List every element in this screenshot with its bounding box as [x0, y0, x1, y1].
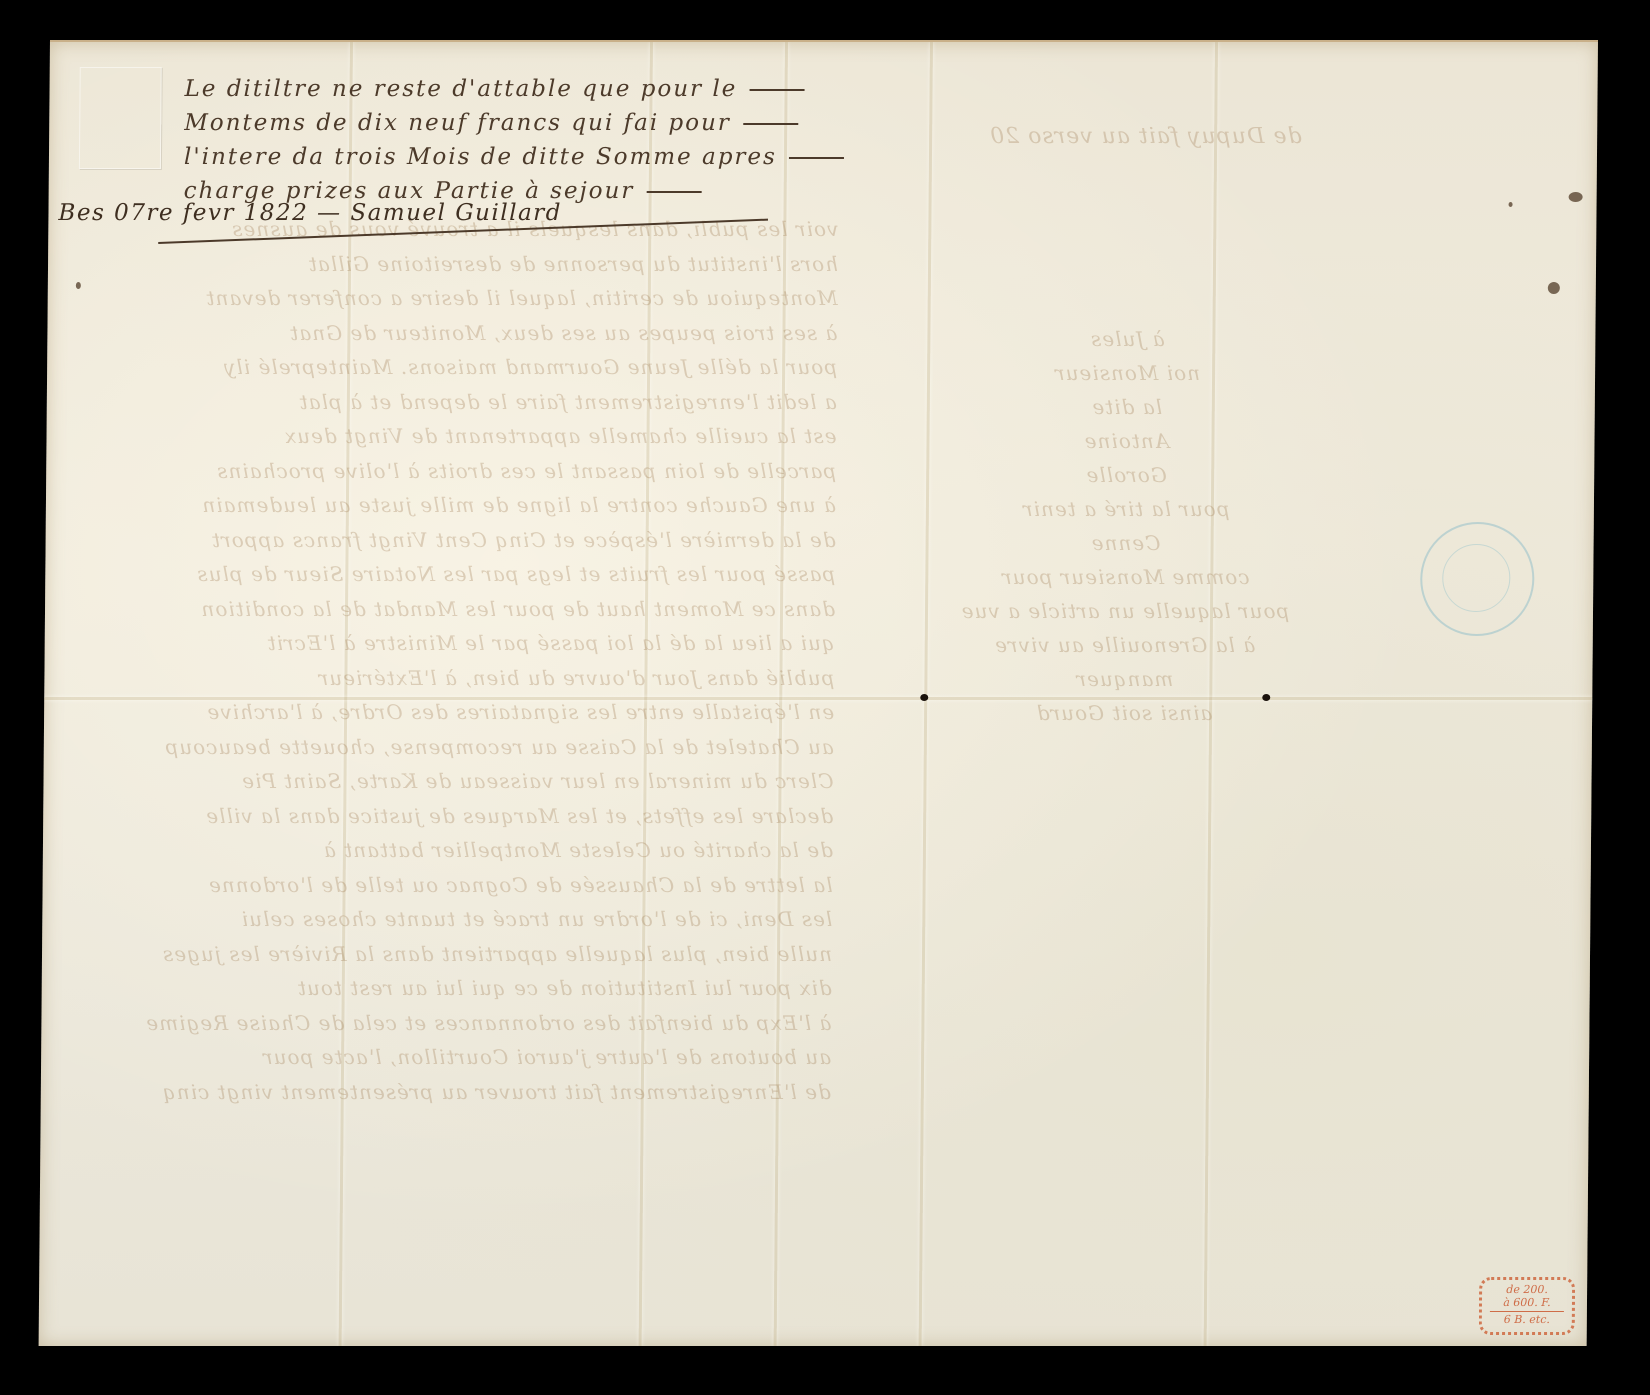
bleed-line: est la cueille chamelle appartenant de V… — [66, 419, 836, 454]
bleed-line: Antoine — [956, 424, 1296, 458]
bleed-line: dans ce Moment haut de pour les Mandat d… — [65, 592, 835, 627]
note-text: Le ditiltre ne reste d'attable que pour … — [184, 76, 737, 102]
bleed-line: en l'épistalle entre les signataires des… — [64, 695, 834, 730]
note-line: Le ditiltre ne reste d'attable que pour … — [184, 72, 844, 106]
bleed-line: Montequiou de ceritin, laquel il desire … — [68, 281, 838, 316]
ink-spot — [1509, 202, 1513, 207]
ink-spot — [1569, 192, 1583, 202]
bleed-line: nulle bien, plus laquelle appartient dan… — [62, 937, 832, 972]
bleed-line: au boutons de l'autre j'auroi Courtillon… — [61, 1040, 831, 1075]
line-filler-dash — [743, 123, 798, 125]
handwritten-note: Le ditiltre ne reste d'attable que pour … — [184, 72, 845, 208]
manuscript-page: voir les publi, dans lesquels il a trouv… — [39, 40, 1598, 1346]
bleed-line: pour la délle Jeune Gourmand maisons. Ma… — [67, 350, 837, 385]
bleed-through-right: à Jules noi Monsieur la dite Antoine Gor… — [954, 322, 1298, 730]
embossed-seal — [79, 67, 162, 169]
blue-circular-stamp — [1420, 522, 1535, 636]
bleed-line: pour la tiré a tenir — [956, 492, 1296, 526]
bleed-line: qui a lieu la dé la loi passé par le Min… — [65, 626, 835, 661]
bleed-line: ainsi soit Gourd — [954, 696, 1294, 730]
bleed-line: les Deni, ci de l'ordre un tracé et tuan… — [62, 902, 832, 937]
note-line: Montems de dix neuf francs qui fai pour — [184, 106, 844, 140]
bleed-line: declare les effets, et les Marques de ju… — [63, 799, 833, 834]
bleed-line: au Chatelet de la Caisse au recompense, … — [64, 730, 834, 765]
bleed-line: Clerc du mineral en leur vaisseau de Kar… — [63, 764, 833, 799]
bleed-line: Gorolle — [956, 458, 1296, 492]
bleed-line: comme Monsieur pour — [955, 560, 1295, 594]
bleed-line: la dite — [957, 390, 1297, 424]
note-line: l'intere da trois Mois de ditte Somme ap… — [184, 140, 844, 174]
bleed-line: dix pour lui Institution de ce qui lui a… — [62, 971, 832, 1006]
bleed-through-top-right: de Dupuy fait au verso 20 — [989, 122, 1302, 152]
bleed-line: publié dans Jour d'ouvre du bien, à l'Ex… — [64, 661, 834, 696]
wormhole — [920, 694, 928, 701]
bleed-line: de la charité ou Celeste Montpellier bat… — [63, 833, 833, 868]
bleed-line: pour laquelle un article a vue — [955, 594, 1295, 628]
note-text: Montems de dix neuf francs qui fai pour — [184, 110, 731, 136]
line-filler-dash — [646, 191, 701, 193]
bleed-line: à la Grenouille au vivre — [955, 628, 1295, 662]
line-filler-dash — [789, 157, 844, 159]
bleed-through-left: voir les publi, dans lesquels il a trouv… — [61, 212, 839, 1109]
bleed-line: parcelle de loin passant le ces droits à… — [66, 454, 836, 489]
bleed-line: la lettre de la Chaussée de Cognac ou te… — [62, 868, 832, 903]
bleed-line: de l'Enregistrement fait trouver au prés… — [61, 1075, 831, 1110]
ink-spot — [1548, 282, 1560, 294]
line-filler-dash — [749, 89, 804, 91]
stamp-line: de 200. — [1482, 1283, 1572, 1296]
stamp-line: 6 B. etc. — [1482, 1313, 1572, 1326]
bleed-line: de la dernière l'éspèce et Cinq Cent Vin… — [65, 523, 835, 558]
bleed-line: à ses trois peupes au ses deux, Moniteur… — [67, 316, 837, 351]
bleed-line: noi Monsieur — [957, 356, 1297, 390]
bleed-line: à l'Exp du bienfait des ordonnances et c… — [61, 1006, 831, 1041]
stamp-line: à 600. F. — [1482, 1296, 1572, 1309]
bleed-line: manquer — [954, 662, 1294, 696]
bleed-line: a ledit l'enregistrement faire le depend… — [67, 385, 837, 420]
date-signature: Bes 07re fevr 1822 — Samuel Guillard — [58, 200, 562, 226]
bleed-line: à Jules — [957, 322, 1297, 356]
bleed-line: à une Gauche contre la ligne de mille ju… — [66, 488, 836, 523]
bleed-line: passé pour les fruits et legs par les No… — [65, 557, 835, 592]
price-stamp: de 200. à 600. F. 6 B. etc. — [1479, 1277, 1576, 1335]
stamp-divider — [1490, 1311, 1564, 1312]
bleed-line: Cenne — [955, 526, 1295, 560]
bleed-line: hors l'institut du personne de desreitoi… — [68, 247, 838, 282]
note-text: l'intere da trois Mois de ditte Somme ap… — [184, 144, 777, 170]
